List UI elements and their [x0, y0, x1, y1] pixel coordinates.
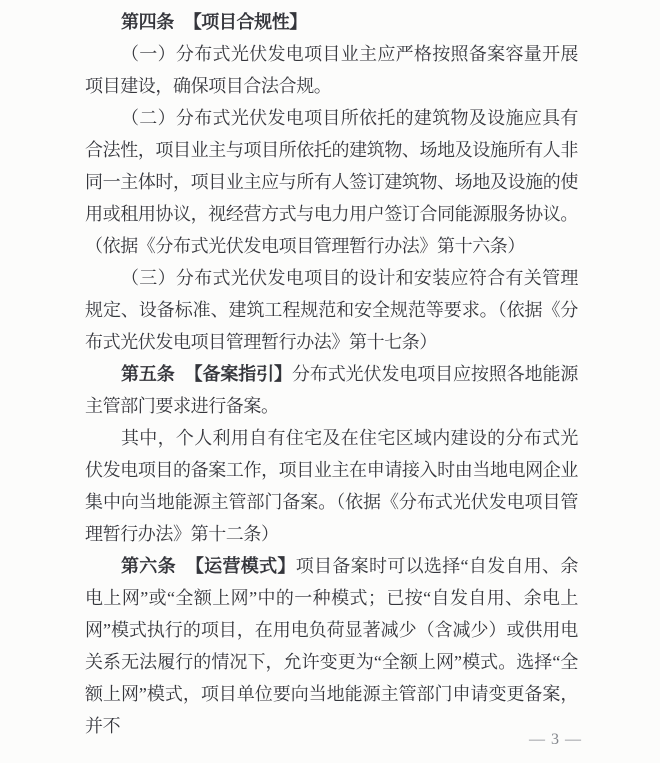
paragraph-item-5: 其中，个人利用自有住宅及在住宅区域内建设的分布式光伏发电项目的备案工作，项目业主… — [85, 422, 578, 550]
article-6-title: 【运营模式】 — [186, 556, 296, 576]
article-5-title: 【备案指引】 — [185, 364, 292, 384]
article-6-text: 项目备案时可以选择“自发自用、余电上网”或“全额上网”中的一种模式；已按“自发自… — [85, 556, 578, 736]
article-4-title: 【项目合规性】 — [184, 12, 307, 32]
paragraph-item-3: （三）分布式光伏发电项目的设计和安装应符合有关管理规定、设备标准、建筑工程规范和… — [85, 262, 578, 358]
article-6-number: 第六条 — [121, 556, 176, 576]
article-6: 第六条【运营模式】项目备案时可以选择“自发自用、余电上网”或“全额上网”中的一种… — [85, 550, 578, 742]
article-5: 第五条【备案指引】分布式光伏发电项目应按照各地能源主管部门要求进行备案。 — [85, 358, 578, 422]
article-5-number: 第五条 — [121, 364, 175, 384]
article-4-heading: 第四条【项目合规性】 — [85, 6, 578, 38]
paragraph-item-2: （二）分布式光伏发电项目所依托的建筑物及设施应具有合法性，项目业主与项目所依托的… — [85, 102, 578, 262]
page-number: — 3 — — [529, 731, 582, 749]
paragraph-item-1: （一）分布式光伏发电项目业主应严格按照备案容量开展项目建设，确保项目合法合规。 — [85, 38, 578, 102]
document-page: 第四条【项目合规性】 （一）分布式光伏发电项目业主应严格按照备案容量开展项目建设… — [0, 0, 660, 763]
article-4-number: 第四条 — [121, 12, 174, 32]
document-content: 第四条【项目合规性】 （一）分布式光伏发电项目业主应严格按照备案容量开展项目建设… — [85, 6, 578, 742]
